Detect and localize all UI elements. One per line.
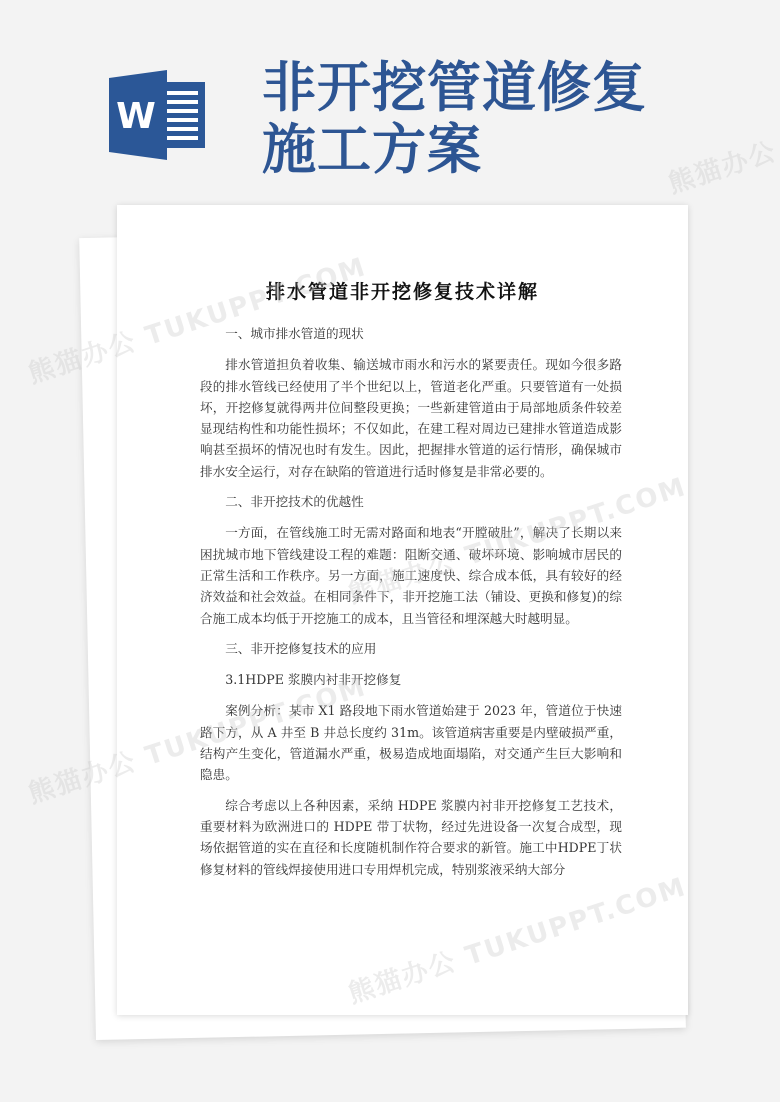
- body-paragraph-3: 案例分析：某市 X1 路段地下雨水管道始建于 2023 年，管道位于快速路下方，…: [200, 700, 622, 785]
- word-document-icon: W: [109, 70, 209, 160]
- section-heading-2: 二、非开挖技术的优越性: [200, 491, 622, 512]
- section-heading-1: 一、城市排水管道的现状: [200, 323, 622, 344]
- subsection-heading-3-1: 3.1HDPE 浆膜内衬非开挖修复: [200, 669, 622, 690]
- page-title: 非开挖管道修复施工方案: [262, 56, 682, 180]
- body-paragraph-2: 一方面，在管线施工时无需对路面和地表“开膛破肚”，解决了长期以来困扰城市地下管线…: [200, 522, 622, 628]
- word-icon-letter: W: [116, 96, 156, 137]
- body-paragraph-1: 排水管道担负着收集、输送城市雨水和污水的紧要责任。现如今很多路段的排水管线已经使…: [200, 354, 622, 482]
- body-paragraph-4: 综合考虑以上各种因素，采纳 HDPE 浆膜内衬非开挖修复工艺技术，重要材料为欧洲…: [200, 795, 622, 880]
- document-body: 一、城市排水管道的现状 排水管道担负着收集、输送城市雨水和污水的紧要责任。现如今…: [200, 323, 622, 889]
- document-page: 排水管道非开挖修复技术详解 一、城市排水管道的现状 排水管道担负着收集、输送城市…: [117, 205, 688, 1015]
- document-title: 排水管道非开挖修复技术详解: [117, 277, 688, 304]
- section-heading-3: 三、非开挖修复技术的应用: [200, 638, 622, 659]
